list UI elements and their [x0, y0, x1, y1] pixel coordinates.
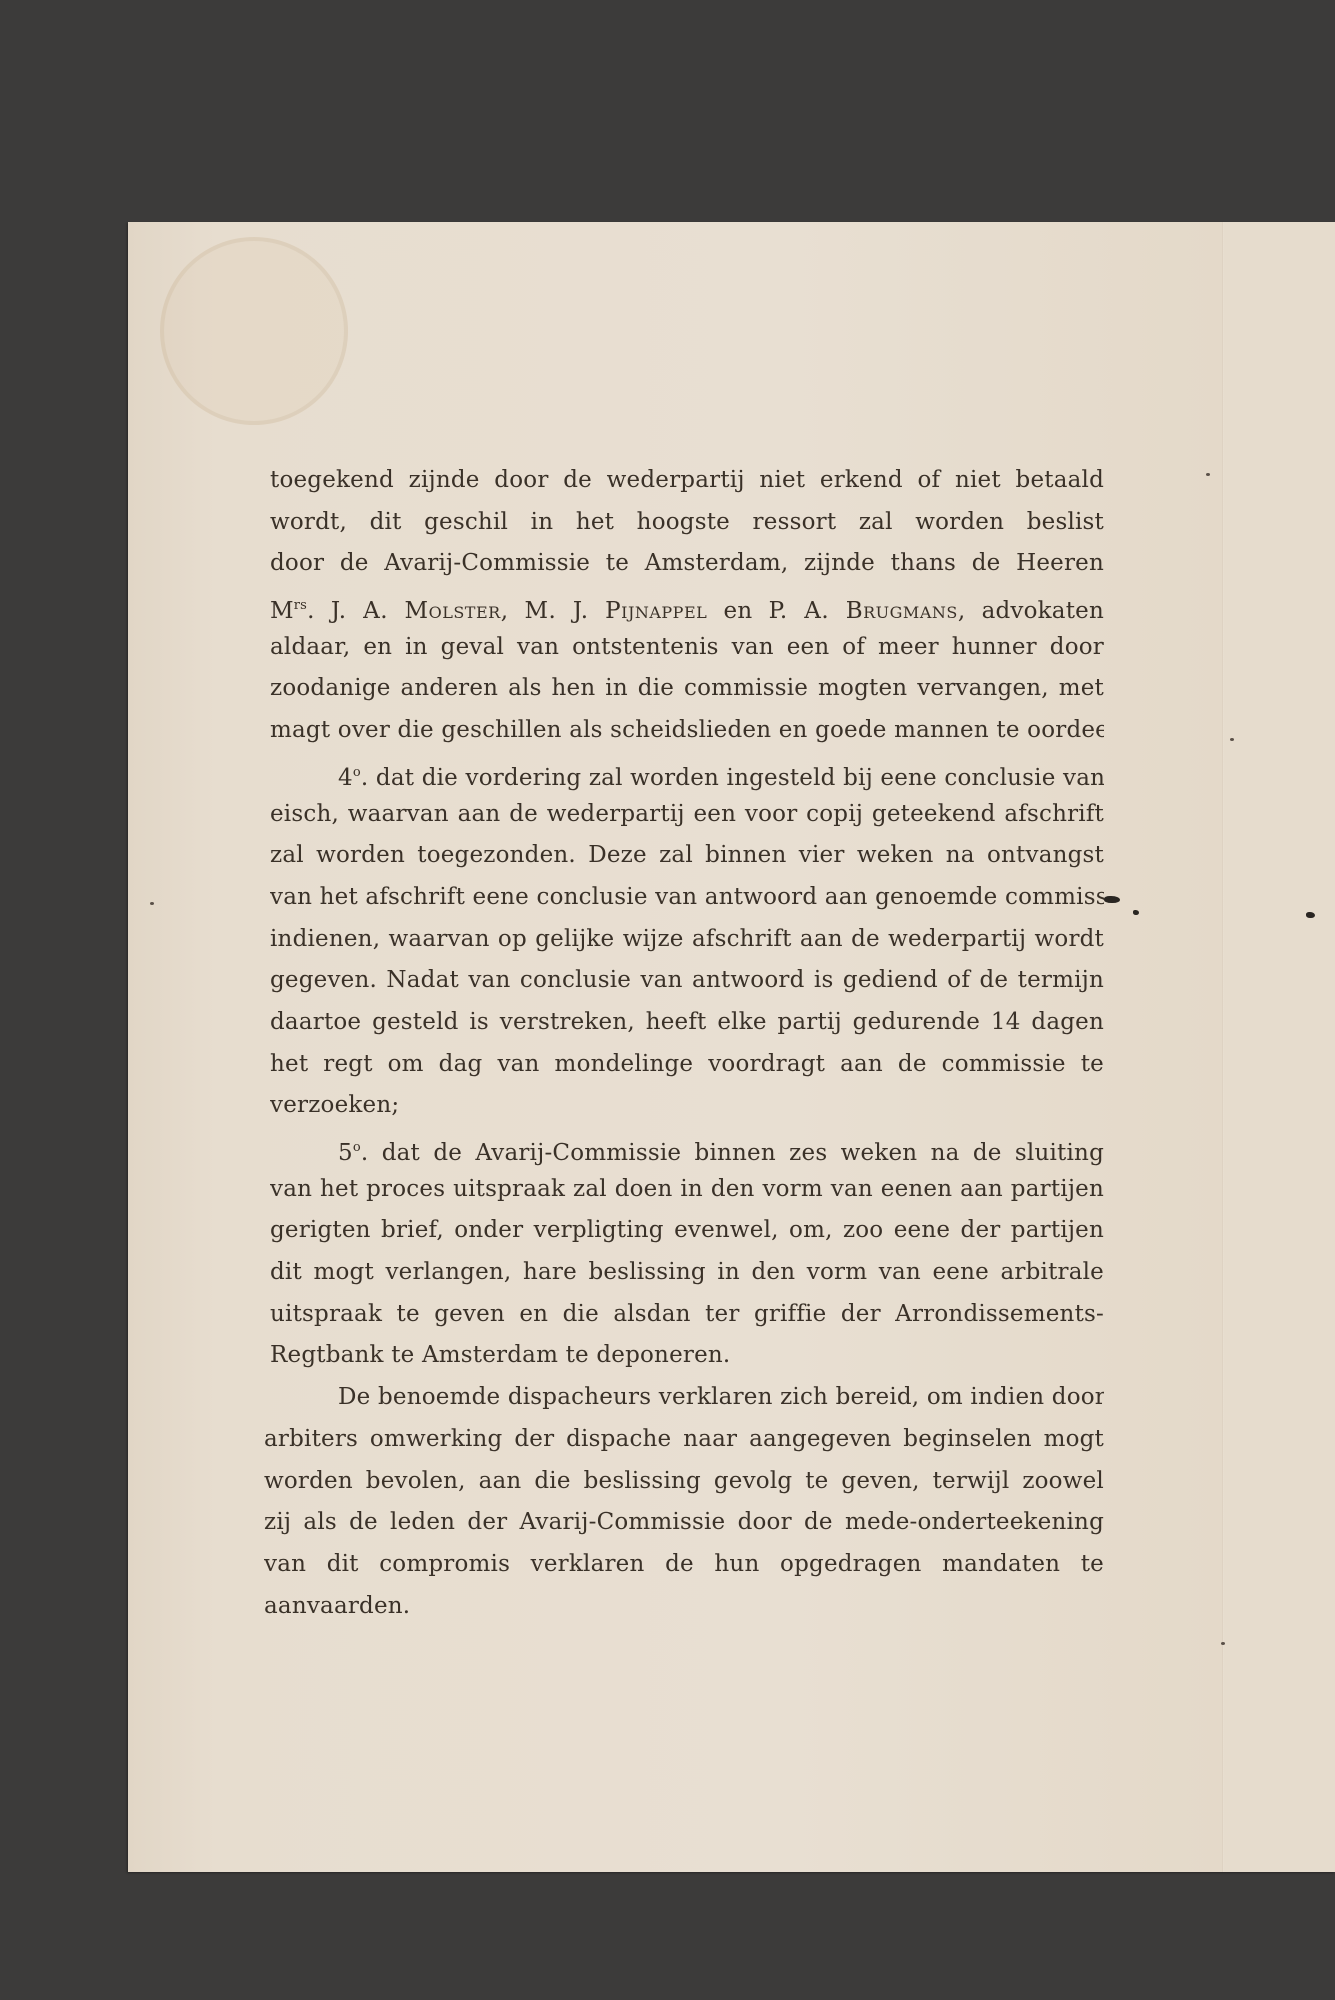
person-name: P. A. Brugmans	[769, 598, 958, 624]
text-line: uitspraak te geven en die alsdan ter gri…	[270, 1294, 1104, 1336]
paper-speck	[1230, 738, 1234, 741]
paper-speck	[150, 902, 154, 905]
paper-speck	[1221, 1642, 1225, 1645]
text-line: daartoe gesteld is verstreken, heeft elk…	[270, 1002, 1104, 1044]
text-line: toegekend zijnde door de wederpartij nie…	[270, 460, 1104, 502]
ink-blot-mark	[1306, 912, 1315, 918]
text-line: zij als de leden der Avarij-Commissie do…	[264, 1502, 1104, 1544]
text-line: Regtbank te Amsterdam te deponeren.	[270, 1335, 1104, 1377]
person-name: M. J. Pijnappel	[524, 598, 707, 624]
text-line: verzoeken;	[270, 1085, 1104, 1127]
text-line: gerigten brief, onder verpligting evenwe…	[270, 1210, 1104, 1252]
text-line: door de Avarij-Commissie te Amsterdam, z…	[270, 543, 1104, 585]
ink-blot-mark	[1133, 910, 1139, 915]
person-name: J. A. Molster	[331, 598, 501, 624]
item-4-line: 4o. dat die vordering zal worden ingeste…	[270, 752, 1104, 794]
text-line: De benoemde dispacheurs verklaren zich b…	[270, 1377, 1104, 1419]
document-body-text: toegekend zijnde door de wederpartij nie…	[270, 460, 1104, 1627]
text-line: aldaar, en in geval van ontstentenis van…	[270, 627, 1104, 669]
text-line: wordt, dit geschil in het hoogste ressor…	[270, 502, 1104, 544]
text-line: eisch, waarvan aan de wederpartij een vo…	[270, 794, 1104, 836]
conjunction: en	[724, 598, 753, 624]
text-line: het regt om dag van mondelinge voordragt…	[270, 1044, 1104, 1086]
text-line: arbiters omwerking der dispache naar aan…	[264, 1419, 1104, 1461]
text-line: gegeven. Nadat van conclusie van antwoor…	[270, 960, 1104, 1002]
item-text: dat die vordering zal worden ingesteld b…	[376, 765, 1104, 791]
page-right-panel	[1224, 222, 1335, 1872]
names-suffix: , advokaten	[958, 598, 1104, 624]
text-line: worden bevolen, aan die beslissing gevol…	[264, 1461, 1104, 1503]
ink-blot-mark	[1104, 896, 1120, 903]
text-line: dit mogt verlangen, hare beslissing in d…	[270, 1252, 1104, 1294]
ordinal-mark: o	[353, 1140, 361, 1155]
text-line: van dit compromis verklaren de hun opged…	[264, 1544, 1104, 1586]
text-line: aanvaarden.	[264, 1586, 1104, 1628]
item-text: dat de Avarij-Commissie binnen zes weken…	[382, 1140, 1104, 1166]
item-number: 4	[338, 765, 353, 791]
item-5-line: 5o. dat de Avarij-Commissie binnen zes w…	[270, 1127, 1104, 1169]
text-line: van het afschrift eene conclusie van ant…	[270, 877, 1104, 919]
ordinal-mark: o	[353, 765, 361, 780]
faded-stamp-mark	[160, 237, 348, 425]
paper-speck	[1206, 473, 1210, 476]
text-line: van het proces uitspraak zal doen in den…	[270, 1169, 1104, 1211]
text-line: magt over die geschillen als scheidslied…	[270, 710, 1104, 752]
title-prefix: M	[270, 598, 294, 624]
title-superscript: rs	[294, 598, 307, 613]
item-number: 5	[338, 1140, 353, 1166]
names-line: Mrs. J. A. Molster, M. J. Pijnappel en P…	[270, 585, 1104, 627]
text-line: indienen, waarvan op gelijke wijze afsch…	[270, 919, 1104, 961]
text-line: zoodanige anderen als hen in die commiss…	[270, 668, 1104, 710]
text-line: zal worden toegezonden. Deze zal binnen …	[270, 835, 1104, 877]
